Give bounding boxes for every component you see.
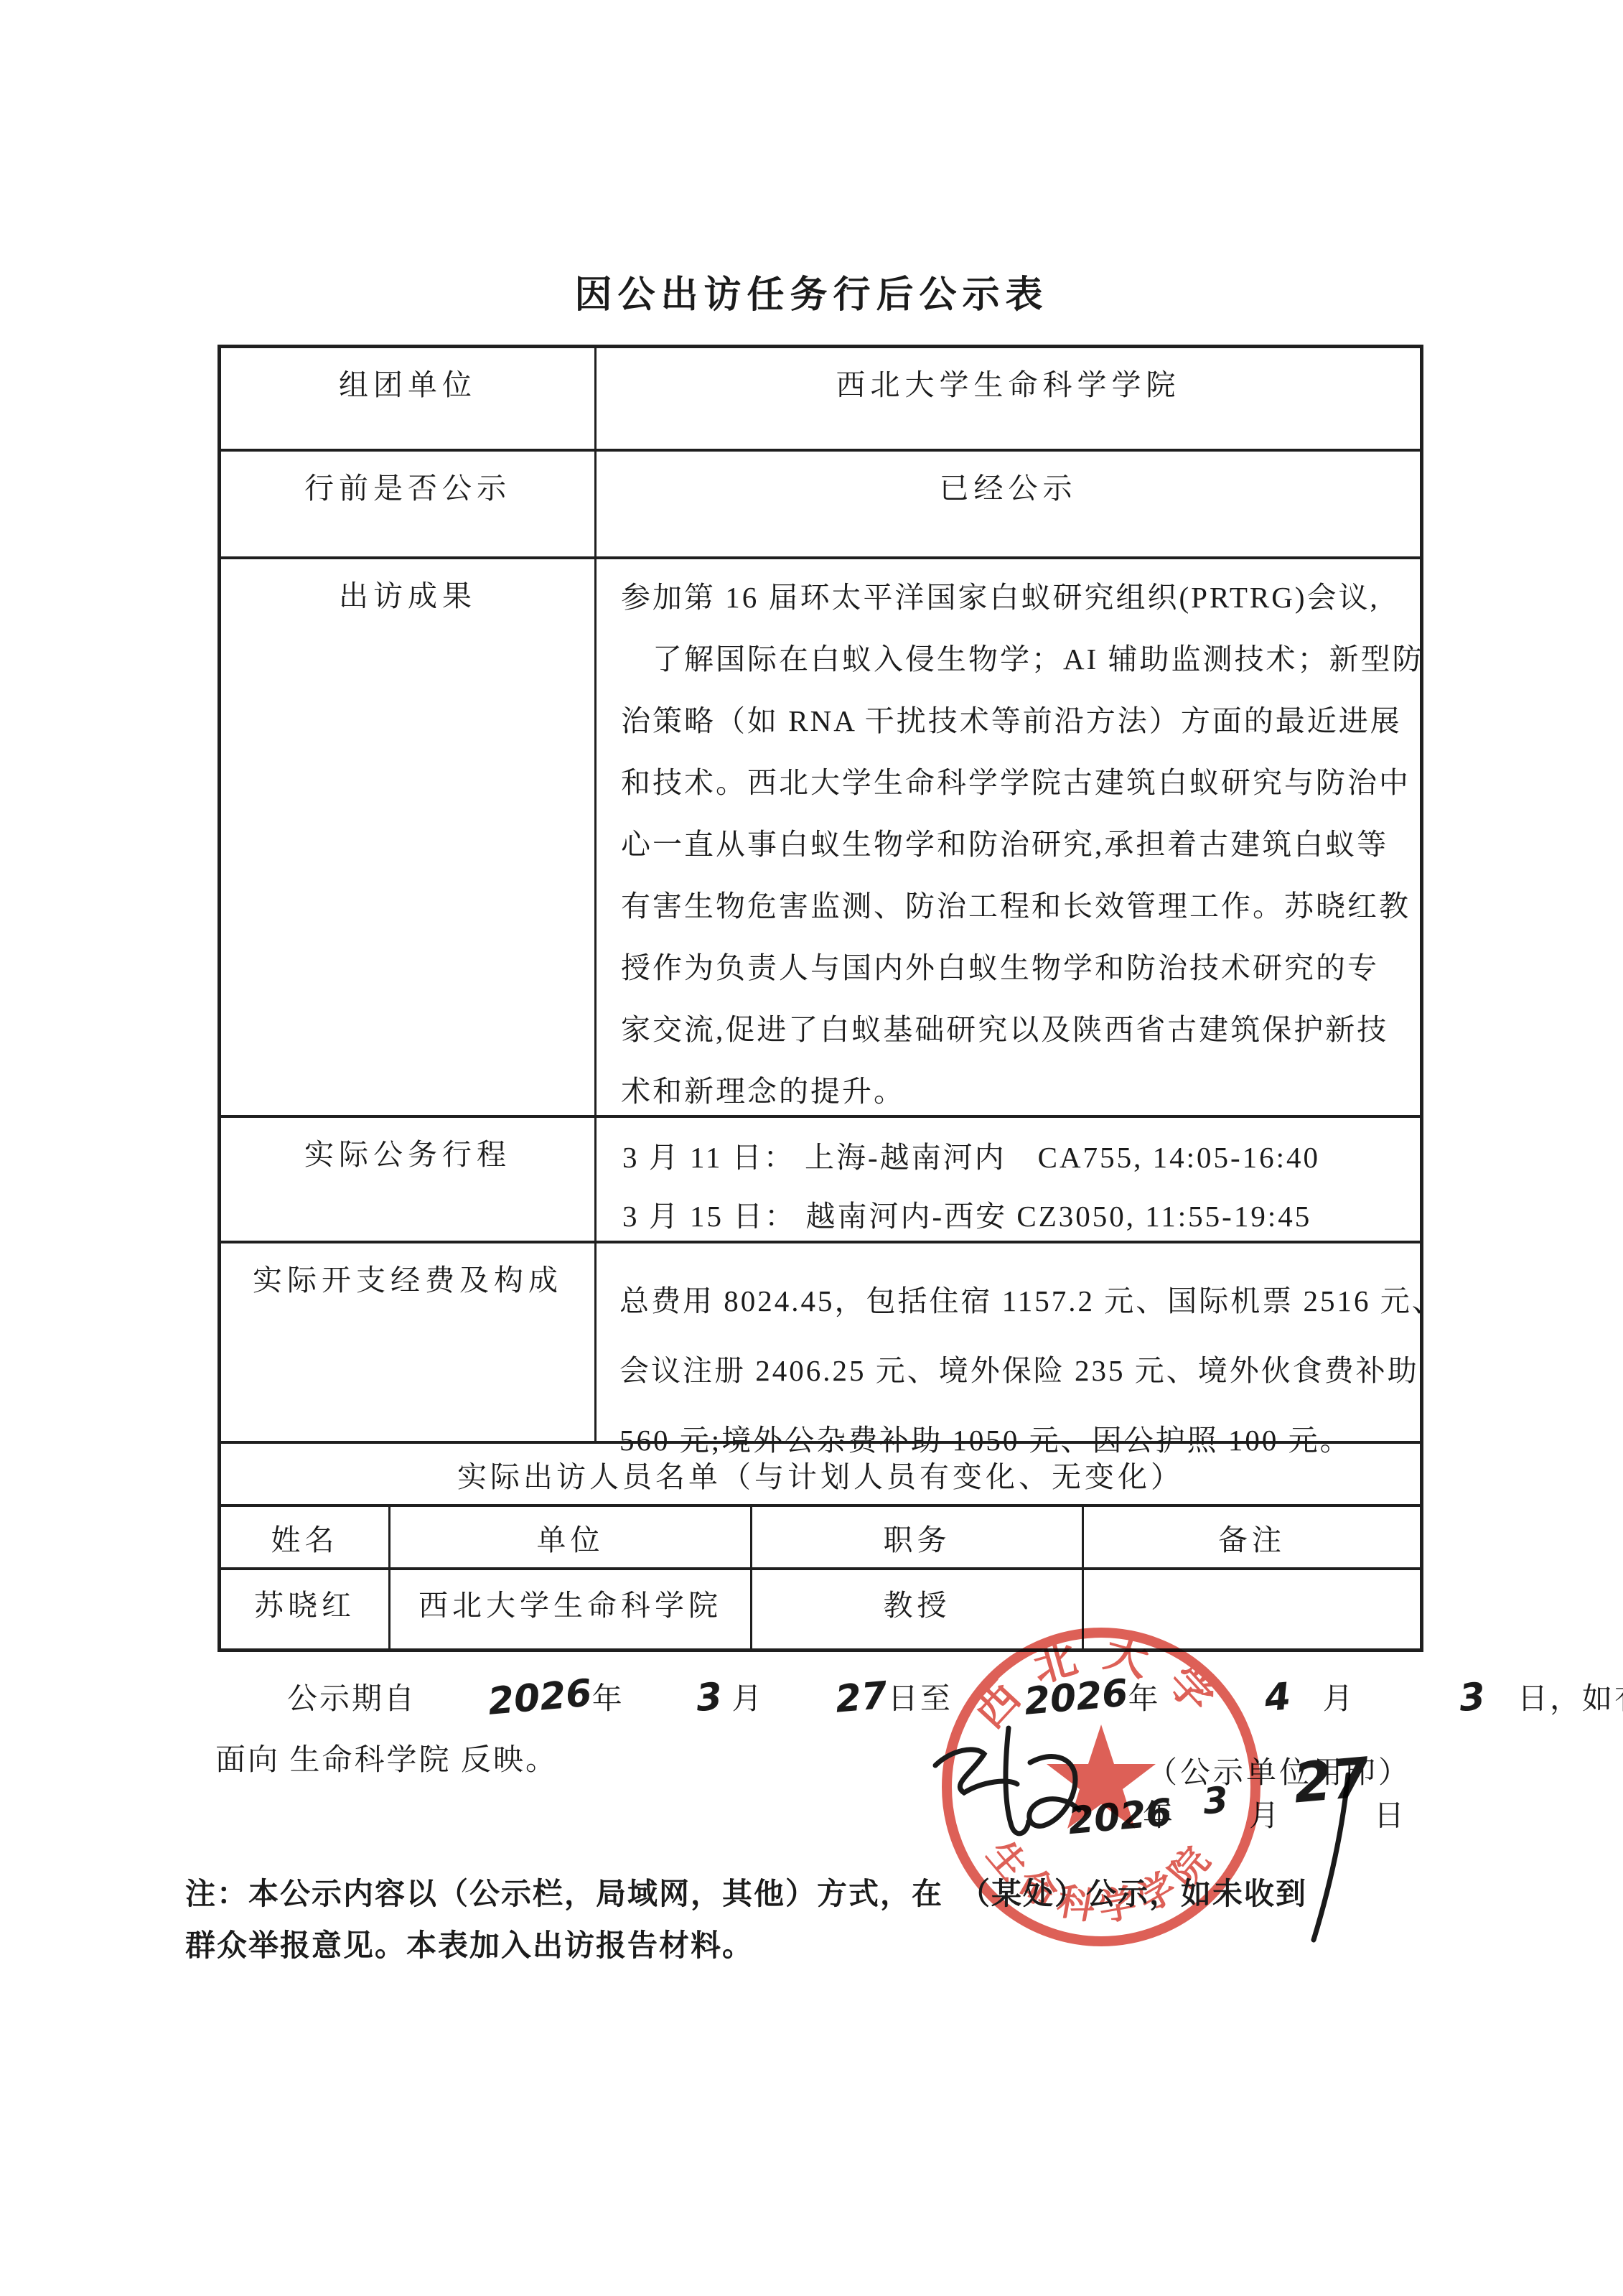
expenses-line: 会议注册 2406.25 元、境外保险 235 元、境外伙食费补助 [619, 1336, 1444, 1406]
column-header-name: 姓名 [221, 1507, 388, 1567]
expenses-line: 总费用 8024.45，包括住宿 1157.2 元、国际机票 2516 元、 [619, 1266, 1444, 1336]
column-header-unit: 单位 [388, 1507, 750, 1567]
official-stamp-and-signature: 西北大学 生命科学学院 [883, 1572, 1385, 2075]
notice-text: 日，如有举报意见，请及时以书 [1485, 1683, 1623, 1716]
handwritten-month-start: 3 [623, 1680, 724, 1722]
column-header-note: 备注 [1082, 1507, 1420, 1567]
handwritten-day-start: 27 [763, 1679, 889, 1724]
main-form-table: 组团单位 西北大学生命科学学院 行前是否公示 已经公示 出访成果 参加第 16 … [218, 345, 1423, 1652]
column-header-title: 职务 [750, 1507, 1082, 1567]
stamp-top-text: 西北大学 [964, 1627, 1238, 1738]
notice-text: 公示期自 [287, 1683, 416, 1716]
table-row: 出访成果 参加第 16 届环太平洋国家白蚁研究组织(PRTRG)会议, 了解国际… [221, 556, 1420, 1115]
paragraph-line: 心一直从事白蚁生物学和防治研究,承担着古建筑白蚁等 [621, 813, 1424, 875]
itinerary-leg-1: 3 月 11 日： 上海-越南河内 CA755, 14:05-16:40 [622, 1128, 1420, 1187]
paragraph-line: 授作为负责人与国内外白蚁生物学和防治技术研究的专 [621, 937, 1424, 999]
row-label-pretrip-publicity: 行前是否公示 [221, 452, 594, 556]
handwritten-year-start: 2026 [415, 1676, 593, 1725]
notice-text: 月 [722, 1683, 764, 1716]
paragraph-line: 了解国际在白蚁入侵生物学；AI 辅助监测技术；新型防 [621, 628, 1424, 690]
notice-text: 年 [592, 1683, 625, 1716]
footnote-line2: 群众举报意见。本表加入出访报告材料。 [185, 1920, 1477, 1971]
row-value-expenses: 总费用 8024.45，包括住宿 1157.2 元、国际机票 2516 元、 会… [594, 1243, 1444, 1441]
personnel-column-header-row: 姓名 单位 职务 备注 [221, 1504, 1420, 1567]
table-row: 组团单位 西北大学生命科学学院 [221, 348, 1420, 449]
paragraph-line: 家交流,促进了白蚁基础研究以及陕西省古建筑保护新技 [621, 999, 1424, 1060]
footnote-line1: 注：本公示内容以（公示栏，局域网，其他）方式，在 （某处）公示，如未收到 [185, 1868, 1477, 1920]
table-row: 实际开支经费及构成 总费用 8024.45，包括住宿 1157.2 元、国际机票… [221, 1241, 1420, 1441]
row-label-group-unit: 组团单位 [221, 348, 594, 449]
paragraph-line: 术和新理念的提升。 [621, 1060, 1424, 1122]
row-value-trip-results: 参加第 16 届环太平洋国家白蚁研究组织(PRTRG)会议, 了解国际在白蚁入侵… [594, 559, 1424, 1115]
paragraph-line: 参加第 16 届环太平洋国家白蚁研究组织(PRTRG)会议, [621, 566, 1424, 628]
row-value-itinerary: 3 月 11 日： 上海-越南河内 CA755, 14:05-16:40 3 月… [594, 1118, 1420, 1241]
row-label-expenses: 实际开支经费及构成 [221, 1243, 594, 1441]
svg-text:西北大学: 西北大学 [964, 1627, 1238, 1738]
itinerary-leg-2: 3 月 15 日： 越南河内-西安 CZ3050, 11:55-19:45 [622, 1187, 1420, 1246]
personnel-name: 苏晓红 [221, 1570, 388, 1648]
paragraph-line: 治策略（如 RNA 干扰技术等前沿方法）方面的最近进展 [621, 690, 1424, 752]
row-value-pretrip-publicity: 已经公示 [594, 452, 1420, 556]
row-value-group-unit: 西北大学生命科学学院 [594, 348, 1420, 449]
paragraph-line: 和技术。西北大学生命科学学院古建筑白蚁研究与防治中 [621, 752, 1424, 813]
row-label-trip-results: 出访成果 [221, 559, 594, 1115]
table-row: 行前是否公示 已经公示 [221, 449, 1420, 556]
scanned-form-page: 因公出访任务行后公示表 组团单位 西北大学生命科学学院 行前是否公示 已经公示 … [0, 0, 1623, 2296]
page-title: 因公出访任务行后公示表 [0, 264, 1623, 318]
personnel-unit: 西北大学生命科学院 [388, 1570, 750, 1648]
footnote: 注：本公示内容以（公示栏，局域网，其他）方式，在 （某处）公示，如未收到 群众举… [185, 1868, 1477, 1971]
table-row: 实际公务行程 3 月 11 日： 上海-越南河内 CA755, 14:05-16… [221, 1115, 1420, 1241]
row-label-itinerary: 实际公务行程 [221, 1118, 594, 1241]
paragraph-line: 有害生物危害监测、防治工程和长效管理工作。苏晓红教 [621, 875, 1424, 937]
handwritten-day-end: 3 [1386, 1680, 1487, 1722]
